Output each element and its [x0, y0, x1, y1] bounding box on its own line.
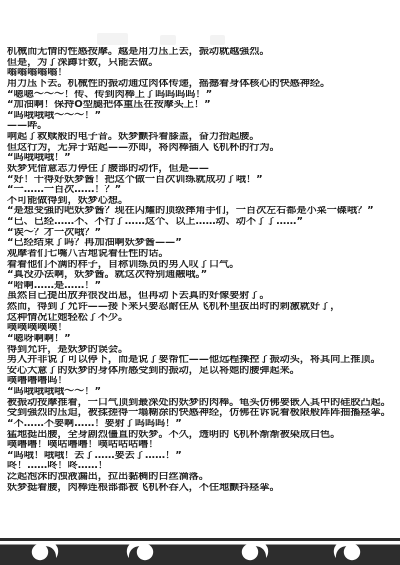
text-line: “呜哦！哦哦！去了……要去了……！”	[7, 451, 399, 462]
text-line: 噗噗噗噗噗！	[7, 323, 399, 334]
text-line: 妖梦凭借意志力停住了腰部的动作，但是——	[7, 164, 399, 175]
text-line: “哈啊……是……！”	[7, 281, 399, 292]
text-line: “诶～？才一次哦？”	[7, 228, 399, 239]
text-line: 男人并非说了可以停下，而是说了要帮忙——他远程操控了振动头，将其向上推顶。	[7, 355, 399, 366]
text-line: 这种情况让她轻松了不少。	[7, 313, 399, 324]
text-line: 泛起泡沫的浊液漏出，拉出黏稠的白丝滴落。	[7, 472, 399, 483]
text-line: 然而，得到了允许——接下来只要忍耐住从飞机杯里拔出时的刺激就好了，	[7, 302, 399, 313]
faded-smudge	[210, 35, 225, 45]
text-line: 噗噜噜！噗咕噜噜！噗咕咕咕噜！	[7, 440, 399, 451]
text-line: “已、已经……不、不行了……这个、以上……动、动不了了……”	[7, 217, 399, 228]
text-line: 不可能做得到，妖梦心想。	[7, 196, 399, 207]
faded-smudge	[97, 33, 128, 45]
text-line: 看着他们不满的样子，自称训练员的男人叹了口气。	[7, 260, 399, 271]
text-line: 嗡嗡嗡嗡嗡！	[7, 68, 399, 79]
text-line: 用力压下去。机械性的振动通过肉体传递，摇撼着身体核心的快感神经。	[7, 79, 399, 90]
text-line: 机械而无情的性感按摩。越是用力压上去，振动就越强烈。	[7, 47, 399, 58]
text-line: 咚！……咚！咚……！	[7, 461, 399, 472]
text-line: “好！干得好妖梦酱！把这个做一百次训练就成功了哦！”	[7, 175, 399, 186]
text-line: 妖梦挺着腰，肉棒连根部都被飞机杯吞入，不住地颤抖痉挛。	[7, 483, 399, 494]
text-line: 虽然自己提出放弃很没出息，但再动下去真的好像要射了。	[7, 291, 399, 302]
text-line: ——哔。	[7, 121, 399, 132]
text-line: 噗噜噜噜呜！	[7, 376, 399, 387]
text-line: “嗯嗯～～～！传、传到肉棒上了呜呜呜呜！”	[7, 90, 399, 101]
text-line: 安心大意了的妖梦的身体所感受到的振动，足以将她的腰弹起来。	[7, 366, 399, 377]
text-line: “呜哦哦哦～～～！”	[7, 111, 399, 122]
text-line: “真没办法啊，妖梦酱。就这次特别通融哦。”	[7, 270, 399, 281]
text-line: “呜哦哦哦哦～～！”	[7, 387, 399, 398]
story-text: 机械而无情的性感按摩。越是用力压上去，振动就越强烈。但是，为了深蹲计数，只能去做…	[7, 47, 399, 493]
text-line: 但是，为了深蹲计数，只能去做。	[7, 58, 399, 69]
text-line: 猛地挺出腰，全身剧烈僵直的妖梦。不久，透明的飞机杯渐渐被染成白色。	[7, 430, 399, 441]
text-line: 但这行为，无异于站起——亦即，将肉棒插入飞机杯的行为。	[7, 143, 399, 154]
text-line: “是想变强的吧妖梦酱？现在闪耀的顶级摔角手们，一百次左右都是小菜一碟哦？”	[7, 206, 399, 217]
faded-smudge	[160, 35, 176, 45]
text-line: 被振动按摩推着，一口气顶到最深处的妖梦的肉棒。龟头仿佛要嵌入其中的硅胶凸起。	[7, 398, 399, 409]
border-top-rule	[0, 538, 400, 541]
scan-page: 机械而无情的性感按摩。越是用力压上去，振动就越强烈。但是，为了深蹲计数，只能去做…	[0, 0, 400, 565]
text-line: “不……不要啊……！要射了呜呜呜！”	[7, 419, 399, 430]
text-line: 受到强烈的压迫，被揉搓得一塌糊涂的快感神经，仿佛在诉说着极限般阵阵抽搐痉挛。	[7, 408, 399, 419]
text-line: “已经结束了吗？再加油啊妖梦酱——”	[7, 238, 399, 249]
text-line: 得到允许，是妖梦的误会。	[7, 345, 399, 356]
text-line: “嗯呀啊啊！”	[7, 334, 399, 345]
text-line: “呜哦哦哦！”	[7, 153, 399, 164]
text-line: 响起了救赎般的电子音。妖梦颤抖着膝盖，奋力抬起腰。	[7, 132, 399, 143]
text-line: “加油啊！保持O型腿把体重压在按摩头上！”	[7, 100, 399, 111]
text-line: “一……一百次……！？”	[7, 185, 399, 196]
text-line: 观摩者们七嘴八舌地说着任性的话。	[7, 249, 399, 260]
decorative-bottom-border	[0, 537, 400, 565]
